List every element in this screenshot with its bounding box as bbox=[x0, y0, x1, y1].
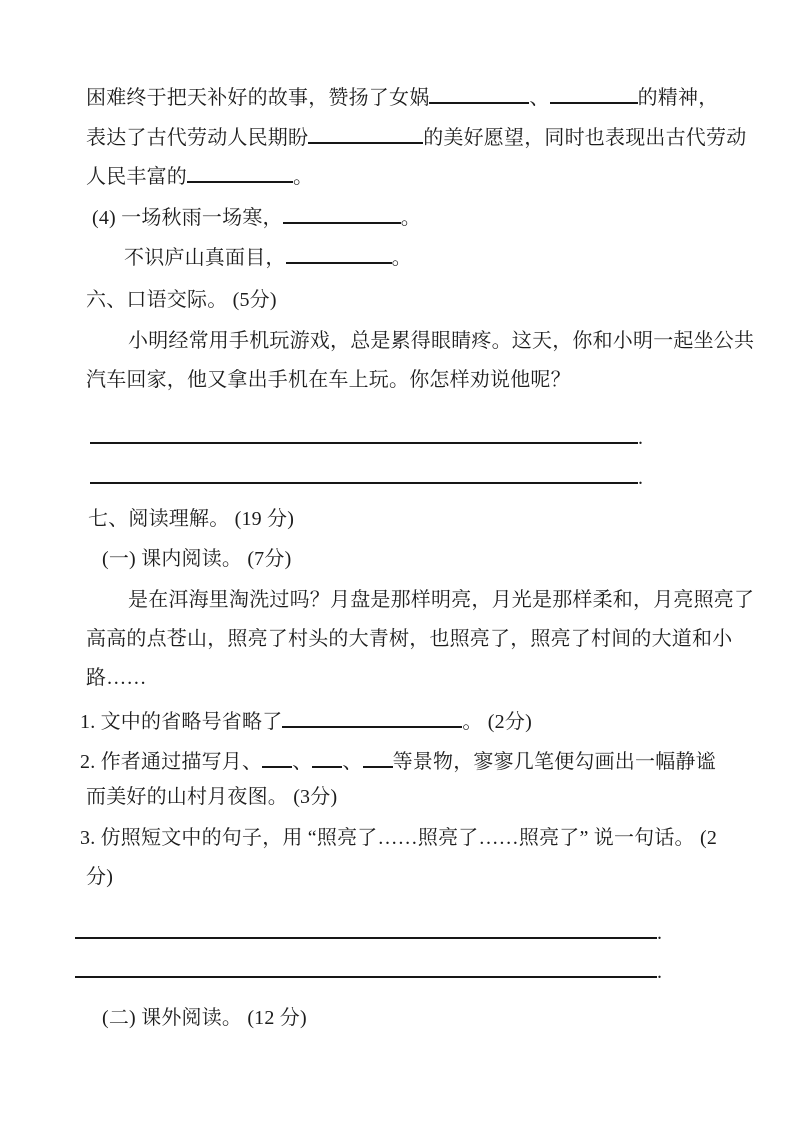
text-segment: 。 bbox=[401, 207, 421, 229]
text-segment: (4) 一场秋雨一场寒， bbox=[92, 207, 283, 229]
fill-blank-story-line-2: 表达了古代劳动人民期盼的美好愿望，同时也表现出古代劳动 bbox=[86, 122, 746, 150]
answer-blank bbox=[75, 956, 657, 978]
answer-blank bbox=[550, 82, 638, 104]
answer-blank bbox=[262, 746, 292, 768]
part-1-heading: (一) 课内阅读。 (7分) bbox=[102, 547, 291, 571]
fill-blank-item4-line-2: 不识庐山真面目，。 bbox=[124, 242, 412, 270]
question-2-line-2: 而美好的山村月夜图。 (3分) bbox=[86, 785, 337, 809]
section-7-heading: 七、阅读理解。 (19 分) bbox=[88, 507, 294, 531]
answer-blank bbox=[308, 122, 423, 144]
passage-line-2: 高高的点苍山，照亮了村头的大青树，也照亮了，照亮了村间的大道和小 bbox=[86, 627, 732, 651]
answer-blank bbox=[90, 462, 638, 484]
fill-blank-story-line-3: 人民丰富的。 bbox=[86, 161, 313, 189]
question-2-line-1: 2. 作者通过描写月、、、等景物，寥寥几笔便勾画出一幅静谧 bbox=[80, 746, 716, 774]
text-segment: (二) 课外阅读。 (12 分) bbox=[102, 1007, 307, 1029]
text-segment: 。 (2分) bbox=[462, 711, 532, 733]
text-segment: . bbox=[638, 467, 643, 489]
text-segment: 而美好的山村月夜图。 (3分) bbox=[86, 786, 337, 808]
fill-blank-item4-line-1: (4) 一场秋雨一场寒，。 bbox=[92, 202, 421, 230]
question-1-line: 1. 文中的省略号省略了。 (2分) bbox=[80, 706, 532, 734]
oral-prompt-line-2: 汽车回家，他又拿出手机在车上玩。你怎样劝说他呢？ bbox=[86, 368, 571, 392]
text-segment: 2. 作者通过描写月、 bbox=[80, 751, 262, 773]
text-segment: 表达了古代劳动人民期盼 bbox=[86, 127, 308, 149]
answer-writing-line-2: . bbox=[90, 462, 643, 490]
answer-blank bbox=[75, 917, 657, 939]
text-segment: 、 bbox=[342, 751, 362, 773]
text-segment: 七、阅读理解。 (19 分) bbox=[88, 508, 294, 530]
text-segment: 路…… bbox=[86, 667, 147, 689]
text-segment: 、 bbox=[529, 87, 549, 109]
fill-blank-story-line-1: 困难终于把天补好的故事，赞扬了女娲、的精神， bbox=[86, 82, 718, 110]
text-segment: (一) 课内阅读。 (7分) bbox=[102, 548, 291, 570]
passage-line-3: 路…… bbox=[86, 666, 147, 690]
question-3-line-1: 3. 仿照短文中的句子，用 “照亮了……照亮了……照亮了” 说一句话。 (2 bbox=[80, 826, 717, 850]
text-segment: 汽车回家，他又拿出手机在车上玩。你怎样劝说他呢？ bbox=[86, 369, 571, 391]
text-segment: . bbox=[657, 961, 662, 983]
answer-blank bbox=[312, 746, 342, 768]
text-segment: 的美好愿望，同时也表现出古代劳动 bbox=[423, 127, 746, 149]
text-segment: 高高的点苍山，照亮了村头的大青树，也照亮了，照亮了村间的大道和小 bbox=[86, 628, 732, 650]
text-segment: . bbox=[657, 922, 662, 944]
text-segment: 是在洱海里淘洗过吗？月盘是那样明亮，月光是那样柔和，月亮照亮了 bbox=[128, 589, 754, 611]
question-3-line-2: 分) bbox=[86, 865, 113, 889]
text-segment: 分) bbox=[86, 866, 113, 888]
oral-prompt-line-1: 小明经常用手机玩游戏，总是累得眼睛疼。这天，你和小明一起坐公共 bbox=[128, 329, 754, 353]
answer-blank bbox=[363, 746, 393, 768]
answer-blank bbox=[187, 161, 293, 183]
answer-blank bbox=[90, 422, 638, 444]
answer-writing-line-4: . bbox=[75, 956, 662, 984]
text-segment: 不识庐山真面目， bbox=[124, 247, 286, 269]
text-segment: 。 bbox=[293, 166, 313, 188]
answer-blank bbox=[283, 202, 401, 224]
text-segment: 3. 仿照短文中的句子，用 “照亮了……照亮了……照亮了” 说一句话。 (2 bbox=[80, 827, 717, 849]
answer-writing-line-3: . bbox=[75, 917, 662, 945]
passage-line-1: 是在洱海里淘洗过吗？月盘是那样明亮，月光是那样柔和，月亮照亮了 bbox=[128, 588, 754, 612]
answer-writing-line-1: . bbox=[90, 422, 643, 450]
text-segment: 人民丰富的 bbox=[86, 166, 187, 188]
text-segment: 。 bbox=[392, 247, 412, 269]
answer-blank bbox=[286, 242, 392, 264]
section-6-heading: 六、口语交际。 (5分) bbox=[86, 288, 277, 312]
text-segment: 小明经常用手机玩游戏，总是累得眼睛疼。这天，你和小明一起坐公共 bbox=[128, 330, 754, 352]
answer-blank bbox=[282, 706, 462, 728]
text-segment: 六、口语交际。 (5分) bbox=[86, 289, 277, 311]
text-segment: . bbox=[638, 427, 643, 449]
text-segment: 的精神， bbox=[638, 87, 719, 109]
text-segment: 困难终于把天补好的故事，赞扬了女娲 bbox=[86, 87, 429, 109]
worksheet-page: 困难终于把天补好的故事，赞扬了女娲、的精神，表达了古代劳动人民期盼的美好愿望，同… bbox=[0, 0, 793, 1122]
text-segment: 、 bbox=[292, 751, 312, 773]
answer-blank bbox=[429, 82, 529, 104]
part-2-heading: (二) 课外阅读。 (12 分) bbox=[102, 1006, 307, 1030]
text-segment: 等景物，寥寥几笔便勾画出一幅静谧 bbox=[393, 751, 716, 773]
text-segment: 1. 文中的省略号省略了 bbox=[80, 711, 282, 733]
